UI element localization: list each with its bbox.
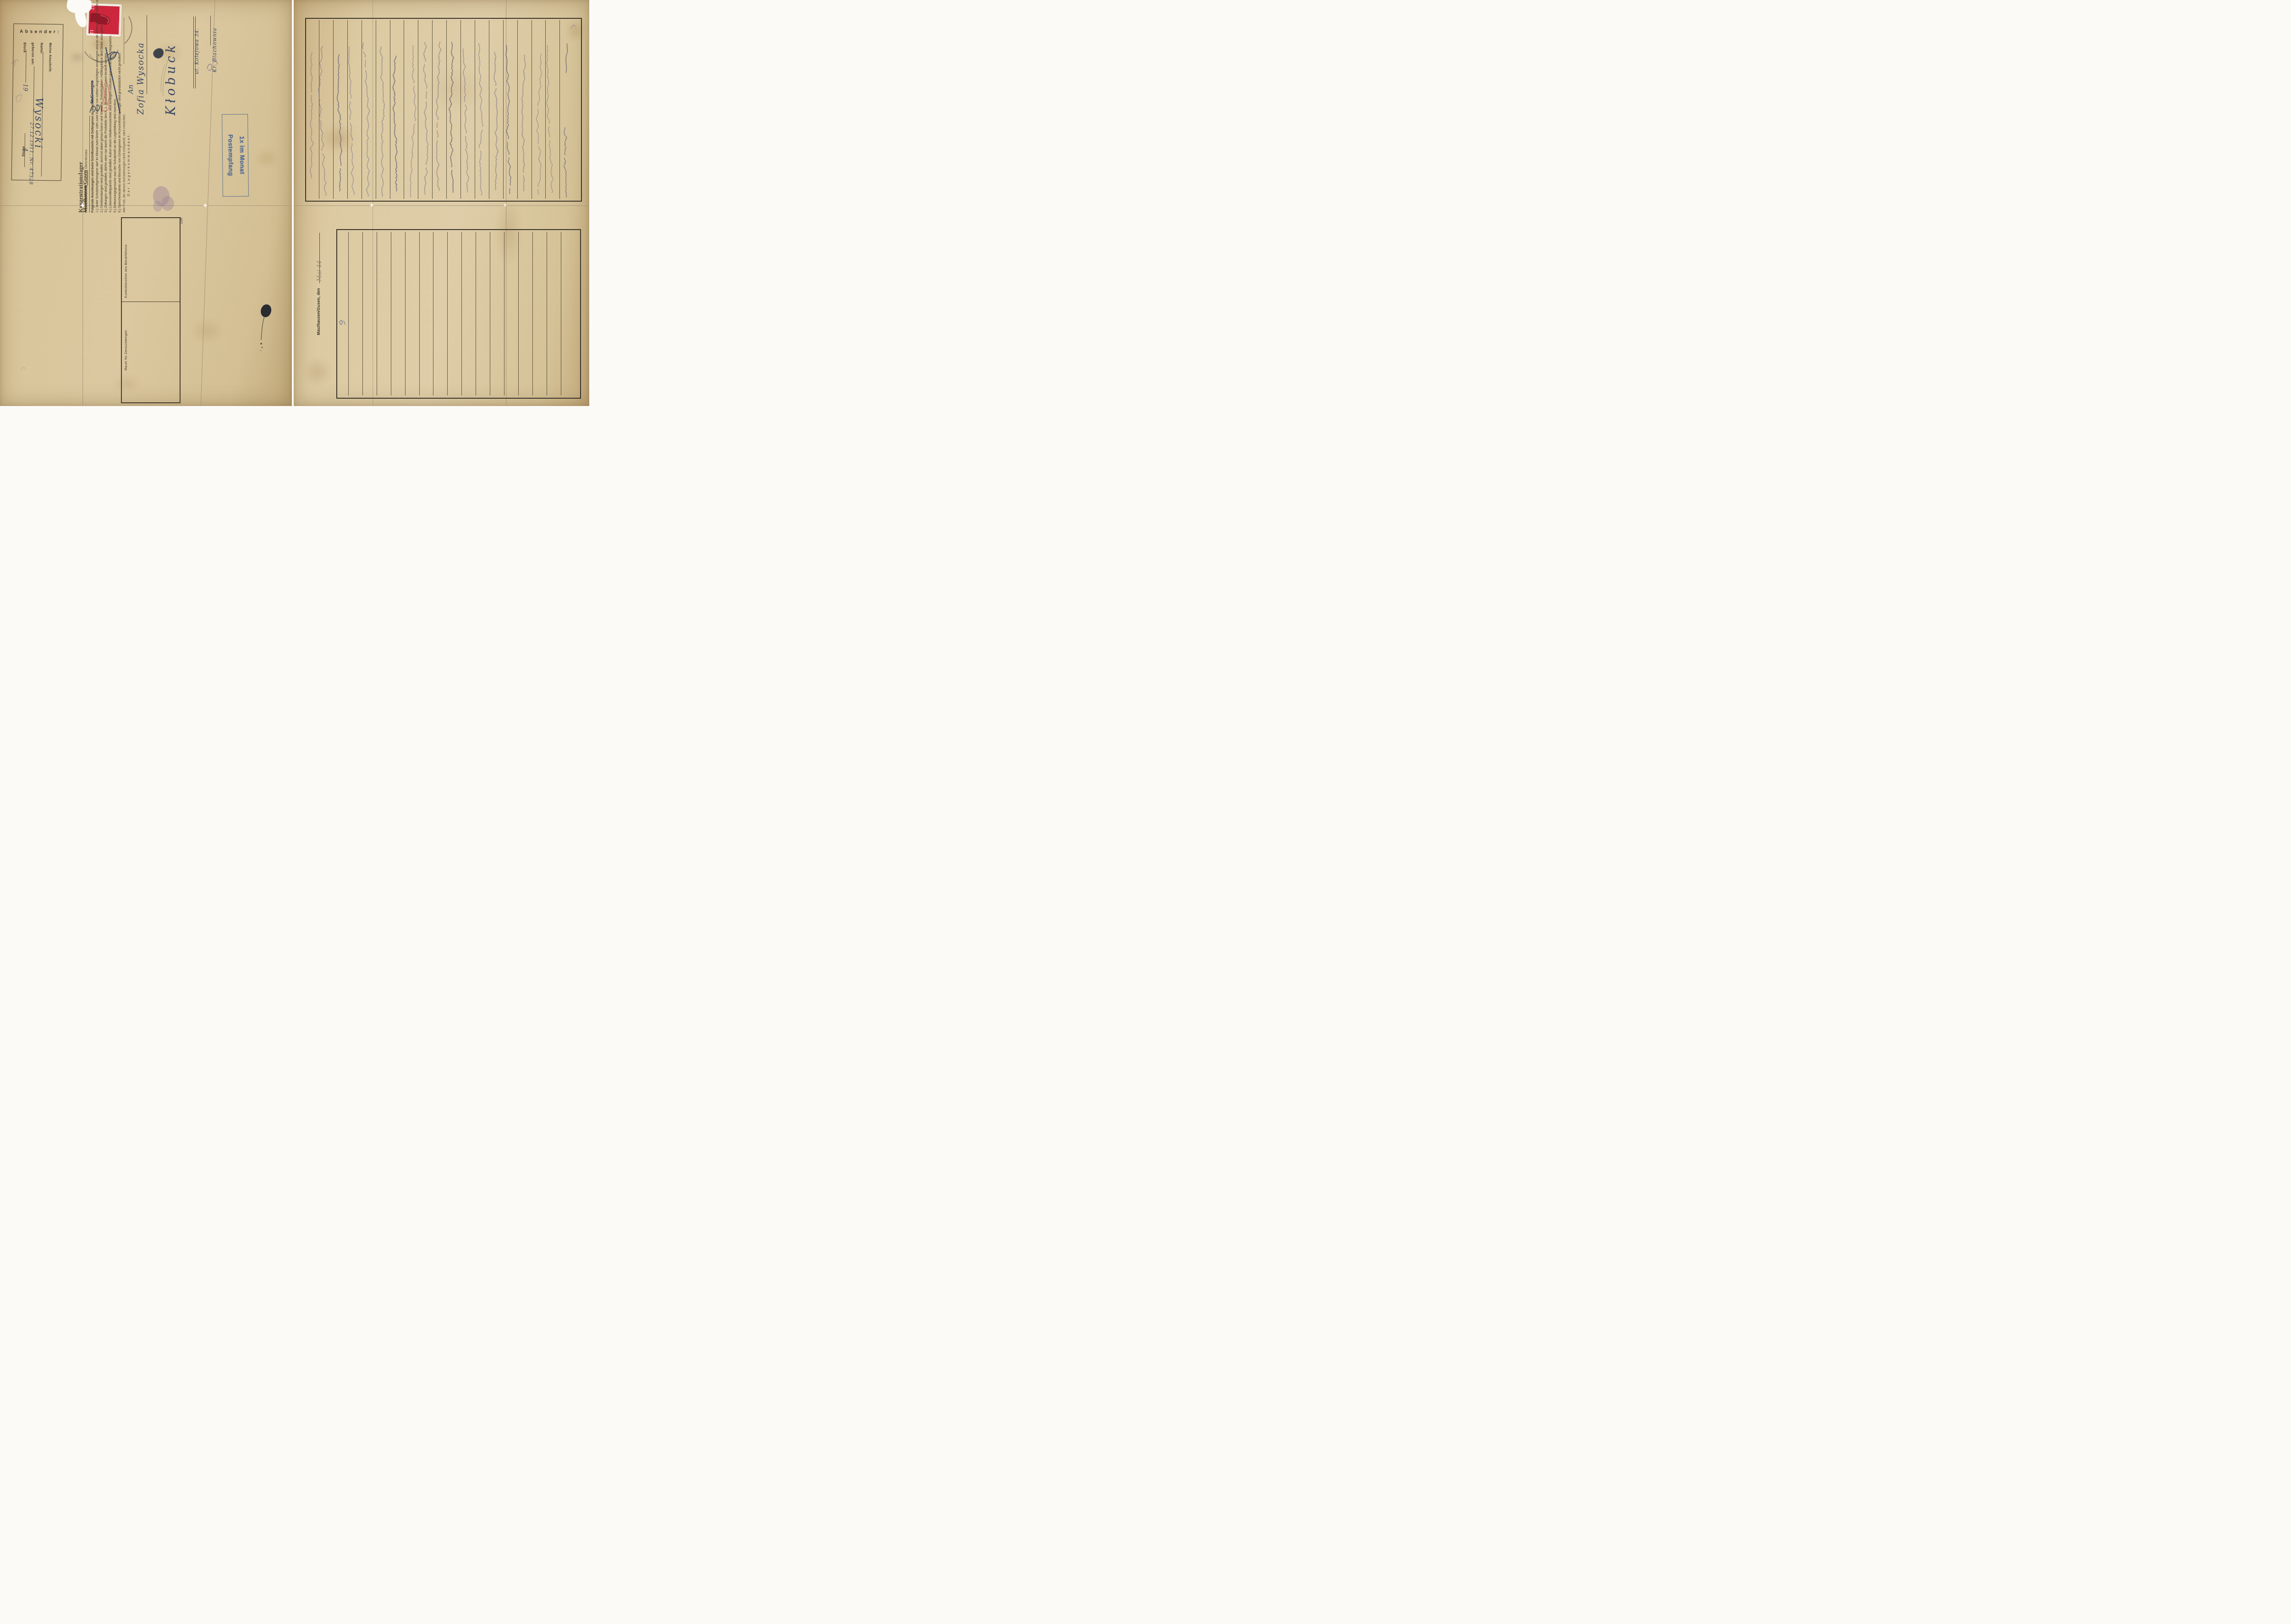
regulation-item: 1.) Jeder Schutzhaftgefangene darf im Mo… <box>95 115 99 213</box>
dateline-handwriting: Mai 44 <box>316 260 323 281</box>
regulation-item: 3.) Zeitungen sind gestattet, dürfen abe… <box>104 115 107 213</box>
stamp-value: 12 <box>89 29 94 34</box>
letter-ruled-line <box>333 20 334 199</box>
letter-ruled-line <box>377 232 377 395</box>
sender-block-handwriting: 19 <box>22 84 28 92</box>
letter-ruled-line <box>447 232 448 395</box>
letter-ruled-line <box>518 232 519 395</box>
monthly-post-stamp: 1x im Monat Postempfang <box>222 114 249 197</box>
address-town-handwriting: Kłobuck <box>164 42 178 115</box>
postage-stamp: DEUTSCHES REICH 12 12 <box>86 3 122 37</box>
camp-region: Oberdonau <box>84 149 88 169</box>
monthly-post-stamp-text: 1x im Monat Postempfang <box>222 115 249 197</box>
letter-ruled-line <box>561 232 561 395</box>
monthly-stamp-line1: 1x im Monat <box>236 115 248 196</box>
regulations-intro: Folgende Anordnungen sind beim Schriftve… <box>91 115 94 213</box>
letter-ruled-line <box>319 20 319 199</box>
regulation-item: 6.) Sprecherlaubnis und Besuche von Gefa… <box>118 115 121 213</box>
regulation-item: 4.) Lebensmittelpakete sind gestattet. A… <box>109 115 112 213</box>
kommandant-signature: Der Lagerkommandant. <box>127 115 130 213</box>
sender-born-handwriting: 27.12.1911. Nr. 47328 <box>28 122 34 185</box>
letter-ruled-line <box>545 20 546 199</box>
letter-ruled-line <box>489 20 489 199</box>
letter-ruled-line <box>547 232 547 395</box>
letter-ruled-line <box>532 20 532 199</box>
letter-ruled-line <box>461 232 462 395</box>
letter-ruled-line <box>390 20 390 199</box>
paper-tear <box>85 0 92 5</box>
form-front-page: Absender: Meine Anschrift: Name: geboren… <box>0 0 292 406</box>
letter-ruled-line <box>362 20 362 199</box>
letter-ruled-line <box>475 20 475 199</box>
scanned-letter-document: Absender: Meine Anschrift: Name: geboren… <box>0 0 589 406</box>
letter-ruled-line <box>362 232 363 395</box>
address-name-handwriting: Zofia Wysocka <box>136 42 146 115</box>
camp-location-valid: /Gusen <box>83 170 88 185</box>
st-georgen-stamp: St.Georgen <box>90 81 95 104</box>
address-line <box>147 15 147 94</box>
address-street-handwriting: ul. Kolejowa 34. <box>194 28 200 74</box>
fold-crease <box>0 205 292 206</box>
fold-crease <box>294 205 589 206</box>
regulations-closing: Alle Post, die diesen Anforderungen nich… <box>122 115 126 213</box>
letter-ruled-line <box>376 20 376 199</box>
sender-info-box: Absender: Meine Anschrift: Name: geboren… <box>11 23 64 181</box>
letter-ruled-line <box>490 232 490 395</box>
rule-divider <box>89 115 90 213</box>
letter-ruled-line <box>503 20 504 199</box>
letter-ruled-line <box>432 20 433 199</box>
blockfuehrer-label: Kontrollzeichen des Blockführers: <box>124 244 128 298</box>
censor-section-box <box>121 217 181 403</box>
regulation-item: 5.) Entlassungsgesuche aus der Schutzhaf… <box>113 115 116 213</box>
letter-ruled-line <box>347 20 348 199</box>
letter-ruled-line <box>504 232 504 395</box>
letter-page-blank-box <box>336 229 581 399</box>
address-line <box>124 17 124 64</box>
address-salutation-handwriting: An <box>126 85 135 94</box>
paper-stain <box>303 357 332 387</box>
form-number: 1285 <box>180 218 183 224</box>
letter-ruled-line <box>532 232 533 395</box>
paper-stain <box>255 148 279 168</box>
sender-block-line <box>26 50 27 83</box>
letter-ruled-line <box>559 20 560 199</box>
letter-ruled-line <box>476 232 476 395</box>
letter-ruled-line <box>446 20 447 199</box>
sender-heading: Absender: <box>20 29 61 34</box>
paper-stain <box>191 319 224 343</box>
letter-ruled-line <box>418 20 418 199</box>
letter-ruled-line <box>405 232 406 395</box>
dateline-label: Mauthausen/Gusen, den <box>316 288 321 335</box>
letter-ruled-line <box>460 20 461 199</box>
monthly-stamp-line2: Postempfang <box>225 115 237 196</box>
sender-address-label: Meine Anschrift: <box>48 43 53 72</box>
camp-regulations-text: Konzentrationslager Mauthausen/GusenOber… <box>78 115 132 213</box>
letter-ruled-line <box>391 232 391 395</box>
address-district-handwriting: Kr. Blachownia <box>212 27 218 72</box>
zensur-label: Raum für Zensurstempel: <box>124 329 128 370</box>
letter-page-written-box <box>305 18 582 202</box>
censor-box-divider <box>122 302 180 302</box>
sender-born-label: geboren am: <box>31 43 35 66</box>
stamp-country-text: DEUTSCHES REICH <box>118 4 122 37</box>
address-line <box>210 16 211 45</box>
letter-ruled-line <box>404 20 404 199</box>
letter-ruled-line <box>419 232 420 395</box>
camp-location-line: Mauthausen/GusenOberdonau <box>83 115 88 213</box>
letter-ruled-line <box>433 232 433 395</box>
sender-stube-handwriting: 4 <box>22 148 28 152</box>
letter-ruled-line <box>517 20 518 199</box>
regulation-item: 2.) Geldsendungen sind gestattet, doch i… <box>100 115 103 213</box>
letter-ruled-line <box>348 232 349 395</box>
